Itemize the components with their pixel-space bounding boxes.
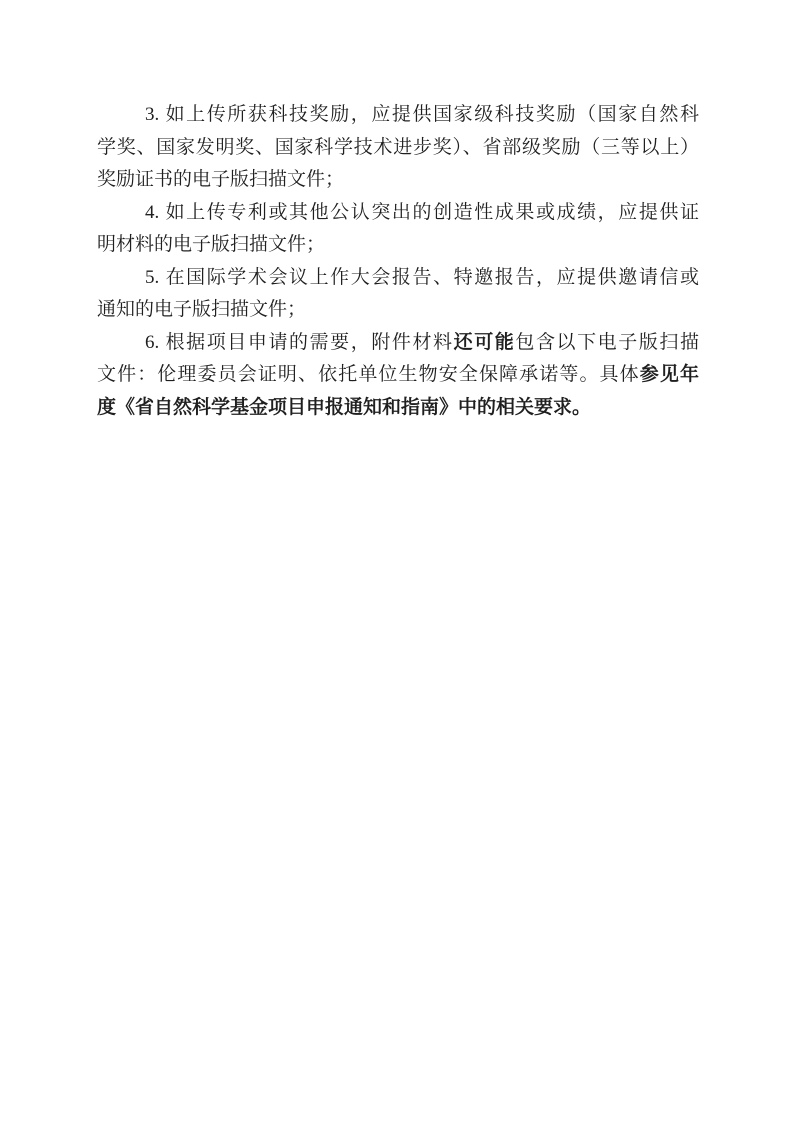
list-item-3-line-3: 奖励证书的电子版扫描文件； bbox=[97, 164, 699, 197]
bold-emphasis: 度《省自然科学基金项目申报通知和指南》中的相关要求。 bbox=[97, 397, 591, 418]
list-item-4-text: 明材料的电子版扫描文件； bbox=[97, 234, 325, 255]
list-item-3-text: 3. 如上传所获科技奖励，应提供国家级科技奖励（国家自然科 bbox=[145, 104, 699, 125]
list-item-3-line-2: 学奖、国家发明奖、国家科学技术进步奖）、省部级奖励（三等以上） bbox=[97, 132, 699, 165]
bold-emphasis: 参见年 bbox=[640, 364, 699, 385]
list-item-6-line-1: 6. 根据项目申请的需要，附件材料还可能包含以下电子版扫描 bbox=[97, 327, 699, 360]
document-page: 3. 如上传所获科技奖励，应提供国家级科技奖励（国家自然科 学奖、国家发明奖、国… bbox=[0, 0, 793, 1122]
list-item-5-line-1: 5. 在国际学术会议上作大会报告、特邀报告，应提供邀请信或 bbox=[97, 262, 699, 295]
list-item-5-text: 5. 在国际学术会议上作大会报告、特邀报告，应提供邀请信或 bbox=[145, 267, 699, 288]
list-item-5-text: 通知的电子版扫描文件； bbox=[97, 299, 306, 320]
list-item-3-text: 学奖、国家发明奖、国家科学技术进步奖）、省部级奖励（三等以上） bbox=[97, 137, 699, 158]
bold-emphasis: 还可能 bbox=[454, 332, 516, 353]
list-item-6-line-3: 度《省自然科学基金项目申报通知和指南》中的相关要求。 bbox=[97, 392, 699, 425]
list-item-5-line-2: 通知的电子版扫描文件； bbox=[97, 294, 699, 327]
list-item-4-line-2: 明材料的电子版扫描文件； bbox=[97, 229, 699, 262]
text-block: 3. 如上传所获科技奖励，应提供国家级科技奖励（国家自然科 学奖、国家发明奖、国… bbox=[97, 99, 699, 424]
list-item-6-text: 包含以下电子版扫描 bbox=[515, 332, 699, 353]
list-item-3-text: 奖励证书的电子版扫描文件； bbox=[97, 169, 344, 190]
list-item-3-line-1: 3. 如上传所获科技奖励，应提供国家级科技奖励（国家自然科 bbox=[97, 99, 699, 132]
list-item-4-line-1: 4. 如上传专利或其他公认突出的创造性成果或成绩，应提供证 bbox=[97, 197, 699, 230]
list-item-6-text: 6. 根据项目申请的需要，附件材料 bbox=[145, 332, 454, 353]
list-item-6-text: 文件：伦理委员会证明、依托单位生物安全保障承诺等。具体 bbox=[97, 364, 640, 385]
list-item-4-text: 4. 如上传专利或其他公认突出的创造性成果或成绩，应提供证 bbox=[145, 202, 699, 223]
list-item-6-line-2: 文件：伦理委员会证明、依托单位生物安全保障承诺等。具体参见年 bbox=[97, 359, 699, 392]
